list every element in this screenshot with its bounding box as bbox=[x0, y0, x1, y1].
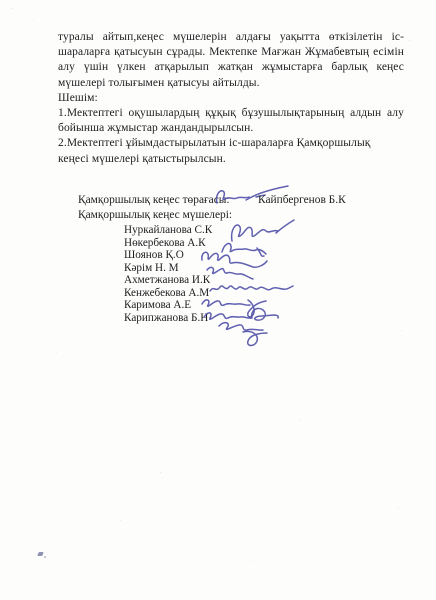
ink-smudge-mark bbox=[38, 551, 48, 559]
member-signature-ink-3 bbox=[197, 247, 269, 272]
member-signature-ink-2 bbox=[218, 238, 268, 258]
member-signature-ink-5 bbox=[207, 280, 295, 296]
member-name: Каримова А.Е bbox=[124, 299, 191, 312]
document-body: туралы айтып,кеңес мүшелерін алдағы уақы… bbox=[58, 30, 404, 167]
decision-item-1: 1.Мектептегі оқушылардың құқық бұзушылық… bbox=[58, 106, 404, 136]
member-signature-ink-7 bbox=[200, 304, 280, 332]
chairman-label: Қамқоршылық кеңес төрағасы: bbox=[78, 193, 230, 207]
member-name: Кенжебекова А.М bbox=[124, 287, 209, 300]
body-paragraph: туралы айтып,кеңес мүшелерін алдағы уақы… bbox=[58, 30, 404, 91]
member-signature-ink-4 bbox=[203, 262, 255, 282]
member-name: Ахметжанова И.К bbox=[124, 274, 210, 287]
scanned-document-page: туралы айтып,кеңес мүшелерін алдағы уақы… bbox=[0, 0, 436, 600]
chairman-name: Кайпбергенов Б.К bbox=[258, 193, 346, 207]
decision-heading: Шешім: bbox=[58, 91, 404, 106]
member-signature-ink-1 bbox=[226, 218, 296, 245]
member-name: Карипжанова Б.Н bbox=[124, 312, 208, 325]
scan-noise bbox=[0, 0, 1, 1]
member-signature-ink-8 bbox=[213, 316, 271, 350]
member-name: Нуркайланова С.К bbox=[124, 224, 212, 237]
member-name: Кәрім Н. М bbox=[124, 262, 179, 275]
members-label: Қамқоршылық кеңес мүшелері: bbox=[78, 208, 232, 222]
member-name: Шоянов Қ.О bbox=[124, 249, 184, 262]
member-name: Нөкербекова А.К bbox=[124, 237, 206, 250]
decision-item-2: 2.Мектептегі ұйымдастырылатын іс-шаралар… bbox=[58, 136, 404, 166]
